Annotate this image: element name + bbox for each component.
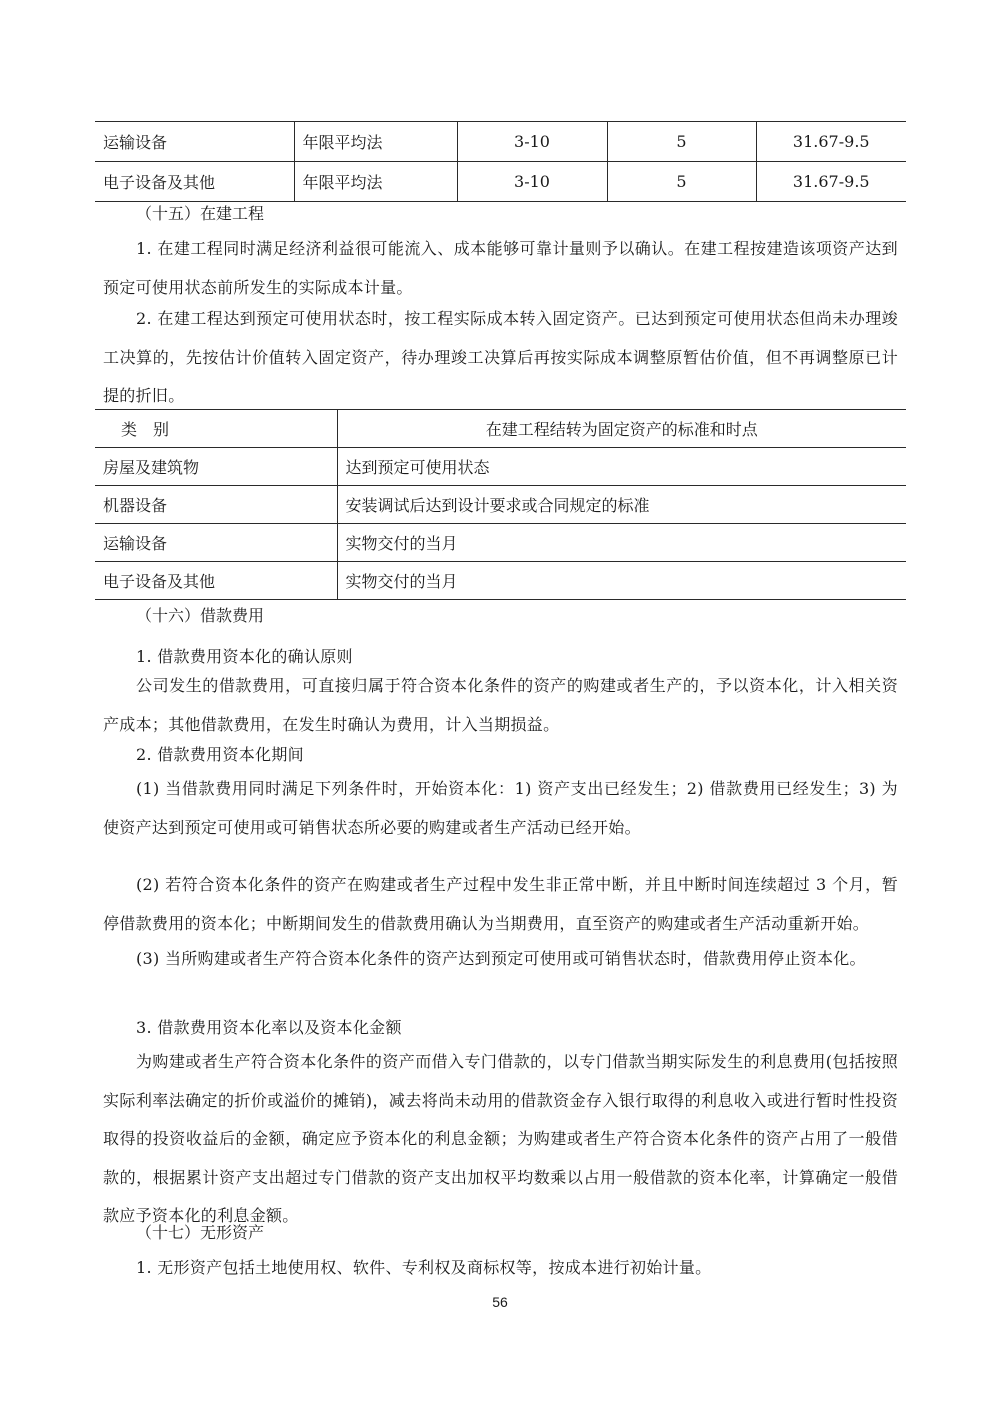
table-cell: 房屋及建筑物 <box>95 448 337 486</box>
table-cell: 年限平均法 <box>294 122 457 162</box>
table-header-row: 类 别 在建工程结转为固定资产的标准和时点 <box>95 410 906 448</box>
section-heading-17: （十七）无形资产 <box>136 1221 264 1245</box>
table-cell: 3-10 <box>457 122 607 162</box>
table-cell: 年限平均法 <box>294 162 457 202</box>
table-row: 电子设备及其他 年限平均法 3-10 5 31.67-9.5 <box>95 162 906 202</box>
table-header-cell: 在建工程结转为固定资产的标准和时点 <box>337 410 906 448</box>
document-page: 运输设备 年限平均法 3-10 5 31.67-9.5 电子设备及其他 年限平均… <box>0 0 1000 1414</box>
section-heading-15: （十五）在建工程 <box>136 202 264 226</box>
paragraph: 1. 无形资产包括土地使用权、软件、专利权及商标权等，按成本进行初始计量。 <box>103 1249 898 1288</box>
paragraph: (2) 若符合资本化条件的资产在购建或者生产过程中发生非正常中断，并且中断时间连… <box>103 866 898 943</box>
table-cell: 5 <box>607 162 756 202</box>
paragraph: 公司发生的借款费用，可直接归属于符合资本化条件的资产的购建或者生产的，予以资本化… <box>103 667 898 744</box>
table-cell: 5 <box>607 122 756 162</box>
table-cell: 3-10 <box>457 162 607 202</box>
paragraph: 1. 在建工程同时满足经济利益很可能流入、成本能够可靠计量则予以确认。在建工程按… <box>103 230 898 307</box>
table-cell: 电子设备及其他 <box>95 562 337 600</box>
cip-transfer-table: 类 别 在建工程结转为固定资产的标准和时点 房屋及建筑物 达到预定可使用状态 机… <box>95 409 906 600</box>
paragraph: (1) 当借款费用同时满足下列条件时，开始资本化：1) 资产支出已经发生；2) … <box>103 770 898 847</box>
paragraph: 2. 在建工程达到预定可使用状态时，按工程实际成本转入固定资产。已达到预定可使用… <box>103 300 898 416</box>
table-row: 运输设备 实物交付的当月 <box>95 524 906 562</box>
table-cell: 31.67-9.5 <box>756 162 906 202</box>
table-cell: 31.67-9.5 <box>756 122 906 162</box>
paragraph: 为购建或者生产符合资本化条件的资产而借入专门借款的，以专门借款当期实际发生的利息… <box>103 1043 898 1236</box>
table-row: 房屋及建筑物 达到预定可使用状态 <box>95 448 906 486</box>
table-cell: 电子设备及其他 <box>95 162 294 202</box>
table-cell: 实物交付的当月 <box>337 562 906 600</box>
paragraph: (3) 当所购建或者生产符合资本化条件的资产达到预定可使用或可销售状态时，借款费… <box>103 940 898 979</box>
table-cell: 实物交付的当月 <box>337 524 906 562</box>
table-row: 机器设备 安装调试后达到设计要求或合同规定的标准 <box>95 486 906 524</box>
table-header-cell: 类 别 <box>95 410 337 448</box>
depreciation-table: 运输设备 年限平均法 3-10 5 31.67-9.5 电子设备及其他 年限平均… <box>95 121 906 202</box>
page-number: 56 <box>0 1294 1000 1310</box>
section-heading-16: （十六）借款费用 <box>136 604 264 628</box>
table-cell: 安装调试后达到设计要求或合同规定的标准 <box>337 486 906 524</box>
subheading: 2. 借款费用资本化期间 <box>103 736 898 775</box>
table-cell: 运输设备 <box>95 524 337 562</box>
table-cell: 运输设备 <box>95 122 294 162</box>
table-cell: 达到预定可使用状态 <box>337 448 906 486</box>
table-row: 运输设备 年限平均法 3-10 5 31.67-9.5 <box>95 122 906 162</box>
table-cell: 机器设备 <box>95 486 337 524</box>
table-row: 电子设备及其他 实物交付的当月 <box>95 562 906 600</box>
subheading: 3. 借款费用资本化率以及资本化金额 <box>103 1009 898 1048</box>
